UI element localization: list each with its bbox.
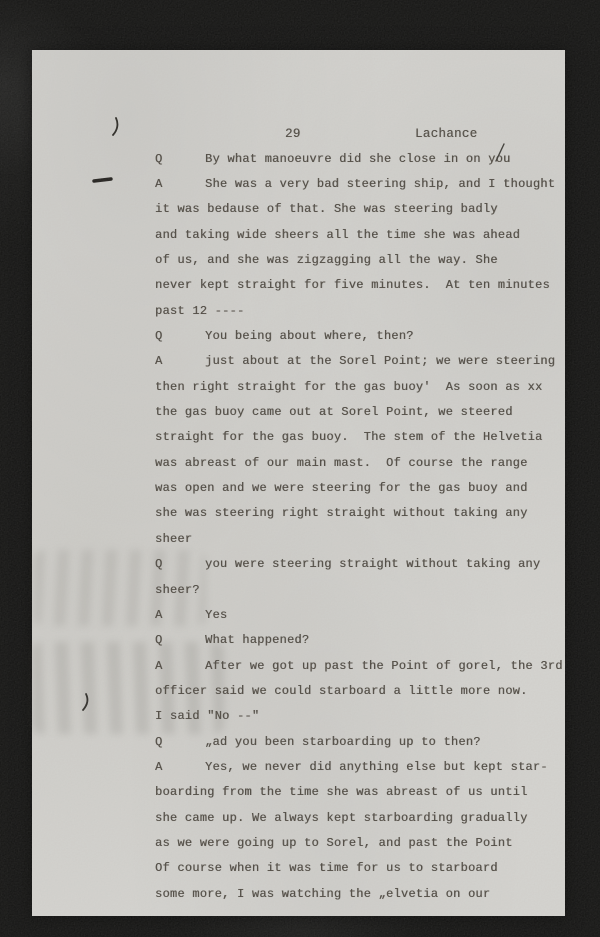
transcript-line: and taking wide sheers all the time she … — [155, 222, 561, 247]
line-text: By what manoeuvre did she close in on yo… — [205, 152, 511, 166]
transcript-line: AYes, we never did anything else but kep… — [155, 754, 561, 779]
line-text: straight for the gas buoy. The stem of t… — [155, 430, 542, 444]
line-text: She was a very bad steering ship, and I … — [205, 177, 555, 191]
transcript-line: straight for the gas buoy. The stem of t… — [155, 425, 561, 450]
line-text: as we were going up to Sorel, and past t… — [155, 836, 513, 850]
transcript-line: AAfter we got up past the Point of gorel… — [155, 653, 561, 678]
transcript-line: she was steering right straight without … — [155, 501, 561, 526]
line-text: sheer — [155, 532, 192, 546]
transcript-line: Q„ad you been starboarding up to then? — [155, 729, 561, 754]
document-page: 29 Lachance QBy what manoeuvre did she c… — [32, 50, 565, 916]
speaker-label: A — [155, 760, 205, 774]
line-text: officer said we could starboard a little… — [155, 684, 528, 698]
transcript-line: I said "No --" — [155, 704, 561, 729]
transcript-line: past 12 ---- — [155, 298, 561, 323]
line-text: I said "No --" — [155, 709, 259, 723]
speaker-label: A — [155, 354, 205, 368]
line-text: and taking wide sheers all the time she … — [155, 228, 520, 242]
speaker-label: Q — [155, 633, 205, 647]
line-text: Yes — [205, 608, 227, 622]
transcript: QBy what manoeuvre did she close in on y… — [155, 146, 561, 906]
speaker-label: A — [155, 608, 205, 622]
photograph-of-document: 29 Lachance QBy what manoeuvre did she c… — [0, 0, 600, 937]
line-text: she was steering right straight without … — [155, 506, 528, 520]
transcript-line: it was bedause of that. She was steering… — [155, 197, 561, 222]
line-text: „ad you been starboarding up to then? — [205, 735, 481, 749]
line-text: sheer? — [155, 583, 200, 597]
transcript-line: QYou being about where, then? — [155, 323, 561, 348]
pen-hook-mark-middle — [83, 694, 87, 710]
transcript-line: never kept straight for five minutes. At… — [155, 273, 561, 298]
speaker-label: Q — [155, 329, 205, 343]
line-text: boarding from the time she was abreast o… — [155, 785, 528, 799]
page-number: 29 — [285, 127, 301, 141]
line-text: she came up. We always kept starboarding… — [155, 811, 528, 825]
pen-dash-mark — [94, 179, 111, 181]
transcript-line: sheer — [155, 526, 561, 551]
line-text: After we got up past the Point of gorel,… — [205, 659, 563, 673]
transcript-line: Qyou were steering straight without taki… — [155, 552, 561, 577]
line-text: Yes, we never did anything else but kept… — [205, 760, 548, 774]
transcript-line: was abreast of our main mast. Of course … — [155, 450, 561, 475]
transcript-line: she came up. We always kept starboarding… — [155, 805, 561, 830]
line-text: of us, and she was zigzagging all the wa… — [155, 253, 498, 267]
transcript-line: as we were going up to Sorel, and past t… — [155, 830, 561, 855]
transcript-line: AYes — [155, 602, 561, 627]
transcript-line: AShe was a very bad steering ship, and I… — [155, 171, 561, 196]
transcript-line: QWhat happened? — [155, 628, 561, 653]
line-text: never kept straight for five minutes. At… — [155, 278, 550, 292]
speaker-label: Q — [155, 152, 205, 166]
transcript-line: then right straight for the gas buoy' As… — [155, 374, 561, 399]
transcript-line: QBy what manoeuvre did she close in on y… — [155, 146, 561, 171]
line-text: the gas buoy came out at Sorel Point, we… — [155, 405, 513, 419]
line-text: You being about where, then? — [205, 329, 414, 343]
page-header: 29 Lachance — [32, 127, 565, 145]
witness-name: Lachance — [415, 127, 477, 141]
transcript-line: boarding from the time she was abreast o… — [155, 780, 561, 805]
transcript-line: the gas buoy came out at Sorel Point, we… — [155, 399, 561, 424]
transcript-line: Ajust about at the Sorel Point; we were … — [155, 349, 561, 374]
line-text: then right straight for the gas buoy' As… — [155, 380, 542, 394]
transcript-line: officer said we could starboard a little… — [155, 678, 561, 703]
transcript-line: Of course when it was time for us to sta… — [155, 856, 561, 881]
line-text: some more, I was watching the „elvetia o… — [155, 887, 490, 901]
line-text: Of course when it was time for us to sta… — [155, 861, 498, 875]
line-text: was abreast of our main mast. Of course … — [155, 456, 528, 470]
speaker-label: Q — [155, 735, 205, 749]
line-text: was open and we were steering for the ga… — [155, 481, 528, 495]
line-text: you were steering straight without takin… — [205, 557, 540, 571]
speaker-label: Q — [155, 557, 205, 571]
transcript-line: sheer? — [155, 577, 561, 602]
line-text: it was bedause of that. She was steering… — [155, 202, 498, 216]
line-text: just about at the Sorel Point; we were s… — [205, 354, 555, 368]
speaker-label: A — [155, 659, 205, 673]
speaker-label: A — [155, 177, 205, 191]
transcript-line: was open and we were steering for the ga… — [155, 475, 561, 500]
transcript-line: of us, and she was zigzagging all the wa… — [155, 247, 561, 272]
transcript-line: some more, I was watching the „elvetia o… — [155, 881, 561, 906]
line-text: past 12 ---- — [155, 304, 244, 318]
line-text: What happened? — [205, 633, 309, 647]
